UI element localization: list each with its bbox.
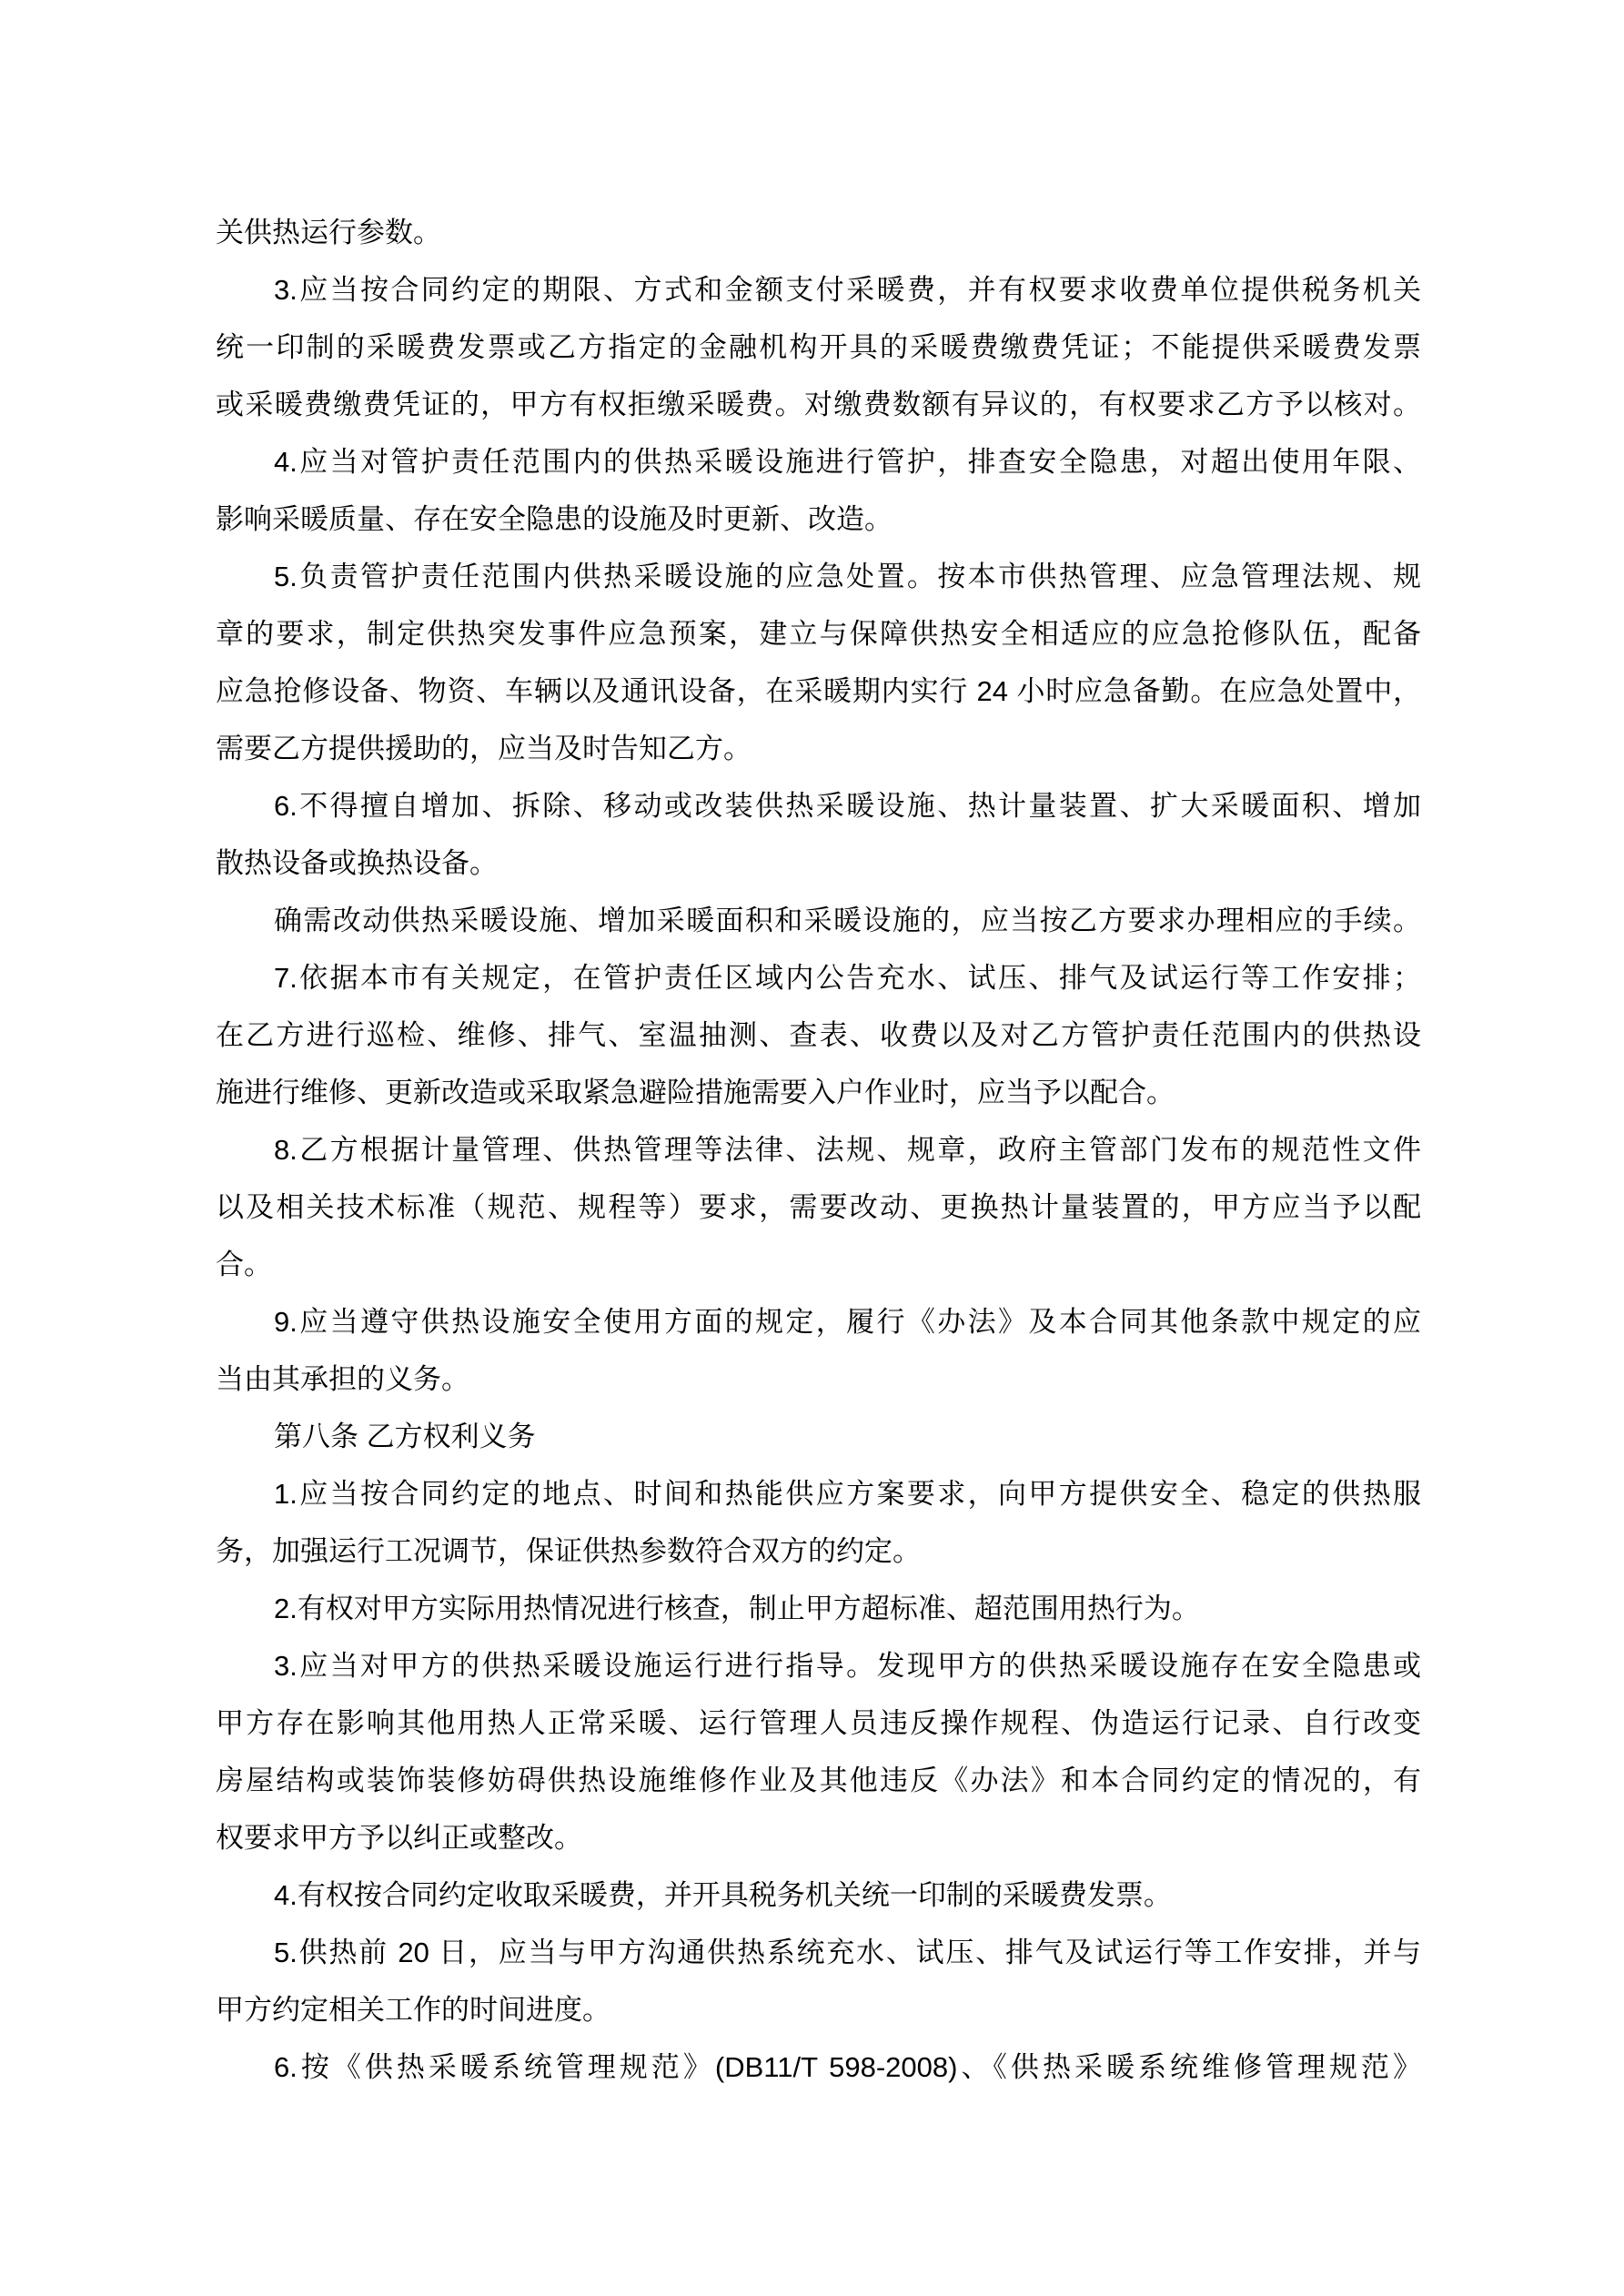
text-line: 散热设备或换热设备。 [216,834,1421,892]
text-line: 2.有权对甲方实际用热情况进行核查，制止甲方超标准、超范围用热行为。 [216,1580,1421,1637]
text-line: 需要乙方提供援助的，应当及时告知乙方。 [216,720,1421,777]
text-line: 7.依据本市有关规定，在管护责任区域内公告充水、试压、排气及试运行等工作安排； [216,949,1421,1006]
text-line: 在乙方进行巡检、维修、排气、室温抽测、查表、收费以及对乙方管护责任范围内的供热设 [216,1006,1421,1064]
text-line: 影响采暖质量、存在安全隐患的设施及时更新、改造。 [216,491,1421,548]
text-line: 当由其承担的义务。 [216,1350,1421,1408]
text-line: 以及相关技术标准（规范、规程等）要求，需要改动、更换热计量装置的，甲方应当予以配 [216,1178,1421,1236]
text-line: 第八条 乙方权利义务 [216,1408,1421,1465]
text-line: 5.负责管护责任范围内供热采暖设施的应急处置。按本市供热管理、应急管理法规、规 [216,548,1421,605]
text-line: 合。 [216,1236,1421,1293]
text-line: 1.应当按合同约定的地点、时间和热能供应方案要求，向甲方提供安全、稳定的供热服 [216,1465,1421,1522]
text-line: 或采暖费缴费凭证的，甲方有权拒缴采暖费。对缴费数额有异议的，有权要求乙方予以核对… [216,376,1421,433]
text-line: 施进行维修、更新改造或采取紧急避险措施需要入户作业时，应当予以配合。 [216,1064,1421,1121]
document-page: 关供热运行参数。3.应当按合同约定的期限、方式和金额支付采暖费，并有权要求收费单… [0,0,1624,2296]
text-line: 房屋结构或装饰装修妨碍供热设施维修作业及其他违反《办法》和本合同约定的情况的，有 [216,1752,1421,1809]
text-line: 应急抢修设备、物资、车辆以及通讯设备，在采暖期内实行 24 小时应急备勤。在应急… [216,663,1421,720]
text-line: 5.供热前 20 日，应当与甲方沟通供热系统充水、试压、排气及试运行等工作安排，… [216,1924,1421,1981]
document-body: 关供热运行参数。3.应当按合同约定的期限、方式和金额支付采暖费，并有权要求收费单… [216,204,1421,2096]
text-line: 9.应当遵守供热设施安全使用方面的规定，履行《办法》及本合同其他条款中规定的应 [216,1293,1421,1350]
text-line: 关供热运行参数。 [216,204,1421,261]
text-line: 6.按《供热采暖系统管理规范》(DB11/T 598-2008)、《供热采暖系统… [216,2038,1421,2096]
text-line: 3.应当按合同约定的期限、方式和金额支付采暖费，并有权要求收费单位提供税务机关 [216,261,1421,319]
text-line: 4.有权按合同约定收取采暖费，并开具税务机关统一印制的采暖费发票。 [216,1866,1421,1924]
text-line: 章的要求，制定供热突发事件应急预案，建立与保障供热安全相适应的应急抢修队伍，配备 [216,605,1421,663]
text-line: 统一印制的采暖费发票或乙方指定的金融机构开具的采暖费缴费凭证；不能提供采暖费发票 [216,319,1421,376]
text-line: 权要求甲方予以纠正或整改。 [216,1809,1421,1866]
text-line: 6.不得擅自增加、拆除、移动或改装供热采暖设施、热计量装置、扩大采暖面积、增加 [216,777,1421,834]
text-line: 务，加强运行工况调节，保证供热参数符合双方的约定。 [216,1522,1421,1580]
text-line: 甲方存在影响其他用热人正常采暖、运行管理人员违反操作规程、伪造运行记录、自行改变 [216,1694,1421,1752]
text-line: 4.应当对管护责任范围内的供热采暖设施进行管护，排查安全隐患，对超出使用年限、 [216,433,1421,491]
text-line: 确需改动供热采暖设施、增加采暖面积和采暖设施的，应当按乙方要求办理相应的手续。 [216,892,1421,949]
text-line: 8.乙方根据计量管理、供热管理等法律、法规、规章，政府主管部门发布的规范性文件 [216,1121,1421,1178]
text-line: 3.应当对甲方的供热采暖设施运行进行指导。发现甲方的供热采暖设施存在安全隐患或 [216,1637,1421,1694]
text-line: 甲方约定相关工作的时间进度。 [216,1981,1421,2038]
